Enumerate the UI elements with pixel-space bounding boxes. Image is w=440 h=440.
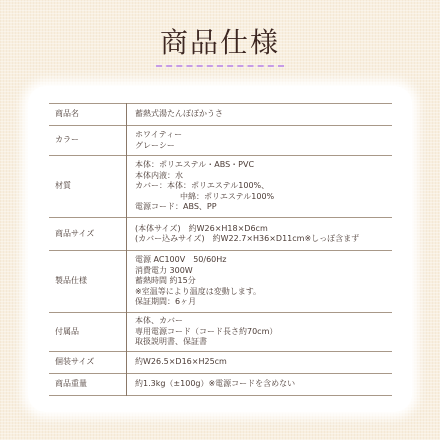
row-value: 電源 AC100V 50/60Hz 消費電力 300W 蓄熱時間 約15分 ※室… [127,251,393,313]
value-line: 中綿：ポリエステル100% [135,192,392,203]
value-line: 電源 AC100V 50/60Hz [135,255,392,266]
value-line: 本体：ポリエステル・ABS・PVC [135,160,392,171]
row-label: カラー [49,126,127,156]
value-line: 蓄熱時間 約15分 [135,276,392,287]
table-row-product-size: 商品サイズ (本体サイズ) 約W26×H18×D6cm (カバー込みサイズ) 約… [49,218,392,251]
row-label: 商品名 [49,104,127,126]
page-title: 商品仕様 [156,28,284,67]
value-line: ※室温等により温度は変動します。 [135,287,392,298]
row-label: 個装サイズ [49,352,127,374]
row-value: ホワイティー グレーシー [127,126,393,156]
row-value: 本体、カバー 専用電源コード（コード長さ約70cm） 取扱説明書、保証書 [127,313,393,352]
value-line: 専用電源コード（コード長さ約70cm） [135,327,392,338]
value-line: グレーシー [135,141,392,152]
table-row-weight: 商品重量 約1.3kg（±100g）※電源コードを含めない [49,374,392,396]
value-line: 取扱説明書、保証書 [135,337,392,348]
value-line: (本体サイズ) 約W26×H18×D6cm [135,224,392,235]
row-value: 蓄熱式湯たんぽぽかうさ [127,104,393,126]
row-label: 製品仕様 [49,251,127,313]
value-line: 本体、カバー [135,316,392,327]
row-label: 商品サイズ [49,218,127,251]
row-value: 本体：ポリエステル・ABS・PVC 本体内液：水 カバー：本体：ポリエステル10… [127,156,393,218]
row-value: 約W26.5×D16×H25cm [127,352,393,374]
row-label: 材質 [49,156,127,218]
value-line: 保証期間：6ヶ月 [135,297,392,308]
value-line: 本体内液：水 [135,171,392,182]
table-row-package-size: 個装サイズ 約W26.5×D16×H25cm [49,352,392,374]
table-row-material: 材質 本体：ポリエステル・ABS・PVC 本体内液：水 カバー：本体：ポリエステ… [49,156,392,218]
value-line: (カバー込みサイズ) 約W22.7×H36×D11cm※しっぽ含まず [135,234,392,245]
table-row-accessories: 付属品 本体、カバー 専用電源コード（コード長さ約70cm） 取扱説明書、保証書 [49,313,392,352]
spec-table: 商品名 蓄熱式湯たんぽぽかうさ カラー ホワイティー グレーシー 材質 本体：ポ… [49,103,392,396]
row-value: 約1.3kg（±100g）※電源コードを含めない [127,374,393,396]
table-row-product-name: 商品名 蓄熱式湯たんぽぽかうさ [49,104,392,126]
table-row-product-spec: 製品仕様 電源 AC100V 50/60Hz 消費電力 300W 蓄熱時間 約1… [49,251,392,313]
value-line: 約1.3kg（±100g）※電源コードを含めない [135,379,392,390]
value-line: ホワイティー [135,130,392,141]
value-line: 約W26.5×D16×H25cm [135,357,392,368]
row-value: (本体サイズ) 約W26×H18×D6cm (カバー込みサイズ) 約W22.7×… [127,218,393,251]
row-label: 商品重量 [49,374,127,396]
value-line: 蓄熱式湯たんぽぽかうさ [135,109,392,120]
value-line: カバー：本体：ポリエステル100%、 [135,181,392,192]
value-line: 消費電力 300W [135,266,392,277]
row-label: 付属品 [49,313,127,352]
value-line: 電源コード：ABS、PP [135,202,392,213]
title-area: 商品仕様 [0,28,440,67]
table-row-color: カラー ホワイティー グレーシー [49,126,392,156]
